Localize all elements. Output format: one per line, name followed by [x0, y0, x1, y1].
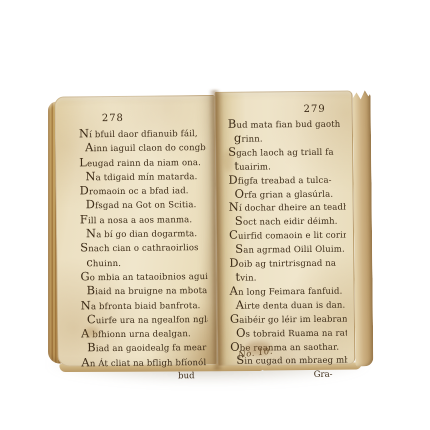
- right-page-catchword: Gra-: [218, 370, 332, 381]
- text-line: Ní dochar dheire an teadh.: [226, 201, 346, 216]
- text-line: Os tobraid Ruama na rat.: [227, 326, 347, 341]
- text-line: San agrmad Oilil Oluim.: [226, 243, 346, 258]
- text-line: Go mbia an tataoibnios aguin: [77, 269, 207, 285]
- right-page-number: 279: [216, 104, 326, 116]
- text-line: tuairim.: [225, 159, 345, 174]
- text-line: Dfsgad na Got on Scitia.: [77, 198, 207, 214]
- text-line: Snach cian o cathraoirlios: [77, 240, 207, 256]
- right-fore-edge: [353, 90, 374, 366]
- right-page-text: Bud mata fian bud gaothgrinn.Sgach laoch…: [225, 118, 348, 370]
- text-line: Na bfronta biaid banfrota.: [78, 298, 208, 314]
- text-line: Dfigfa treabad a tulca-: [225, 173, 345, 188]
- text-line: Biaid na bruigne na mbota.: [78, 283, 208, 299]
- text-line: Orfa grian a glasúrla.: [226, 187, 346, 202]
- text-line: Gaibéir go léir im leabran.: [227, 312, 347, 327]
- text-line: Sgach laoch ag triall fa: [225, 145, 345, 160]
- text-line: Soct nach eidir déimh.: [226, 215, 346, 230]
- text-line: Cuirfid comaoin e lit corinn.: [226, 229, 346, 244]
- left-page-number: 278: [102, 112, 214, 124]
- open-book: 278 Ní bfuil daor dfianuib fáil,Ainn iag…: [47, 88, 374, 375]
- left-page: 278 Ní bfuil daor dfianuib fáil,Ainn iag…: [55, 95, 218, 367]
- text-line: tvin.: [226, 271, 346, 286]
- left-page-catchword: bud: [58, 371, 194, 382]
- foxing-stain: [223, 150, 233, 172]
- right-page: 279 Bud mata fian bud gaothgrinn.Sgach l…: [215, 90, 356, 365]
- photo-background: 278 Ní bfuil daor dfianuib fáil,Ainn iag…: [0, 0, 430, 430]
- text-line: Bud mata fian bud gaoth: [225, 118, 345, 133]
- text-line: Ní bfuil daor dfianuib fáil,: [76, 126, 206, 142]
- text-line: grinn.: [225, 131, 345, 146]
- text-line: Doib ag tnirtrisgnad na: [226, 257, 346, 272]
- text-line: An Át cliat na bfligh bfíonól: [78, 355, 208, 371]
- text-line: chuinn.: [77, 255, 207, 271]
- text-line: Leugad rainn da niam ona.: [76, 155, 206, 171]
- text-line: Dromaoin oc a bfad iad.: [76, 183, 206, 199]
- text-line: Na bí go dian dogarmta.: [77, 226, 207, 242]
- foxing-stain: [85, 327, 99, 337]
- text-line: Ainn iaguil claon do congbáil: [76, 140, 206, 156]
- text-line: Fill a nosa a aos manma.: [77, 212, 207, 228]
- text-line: An long Feimara fanfuid.: [227, 284, 347, 299]
- text-line: Cuirfe ura na ngealfon nglan: [78, 312, 208, 328]
- text-line: Na tdigaid mín matarda.: [76, 169, 206, 185]
- text-line: Airte denta duan is dan.: [227, 298, 347, 313]
- text-line: Biad an gaoidealg fa mear mór: [78, 340, 208, 356]
